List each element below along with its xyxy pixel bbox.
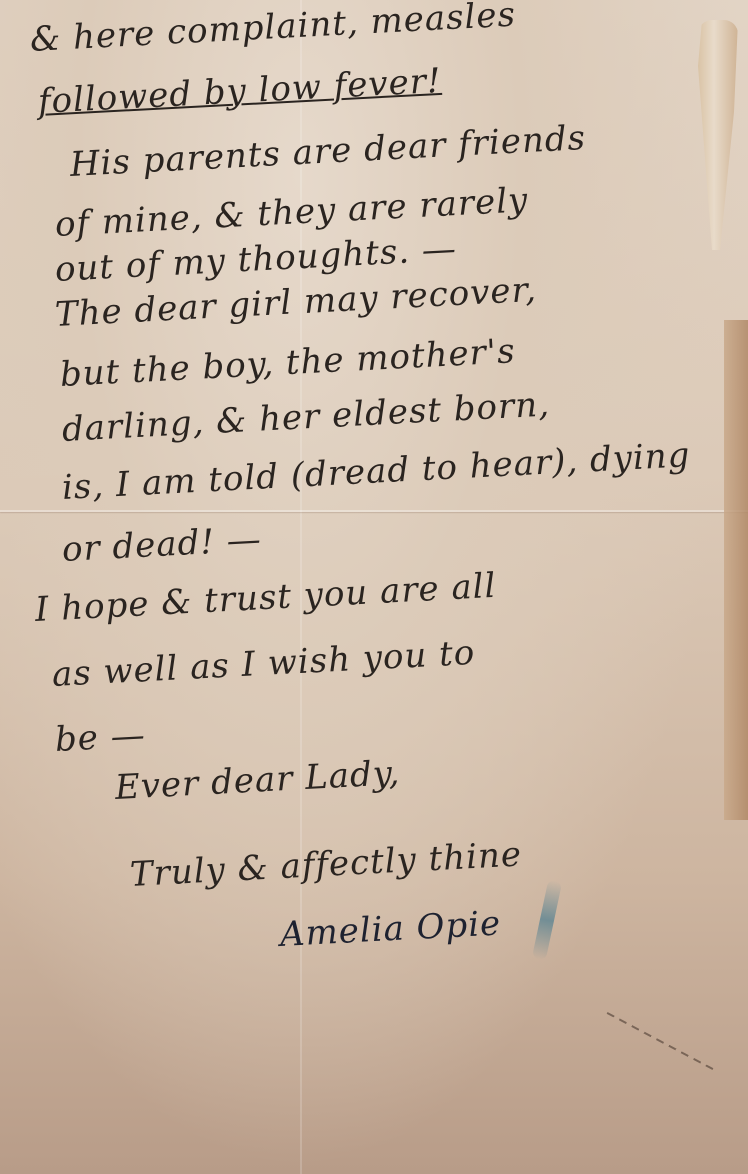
paper-edge-stain [724, 320, 748, 820]
paper-fold-horizontal [0, 510, 748, 512]
letter-line-13: be — [54, 715, 147, 760]
